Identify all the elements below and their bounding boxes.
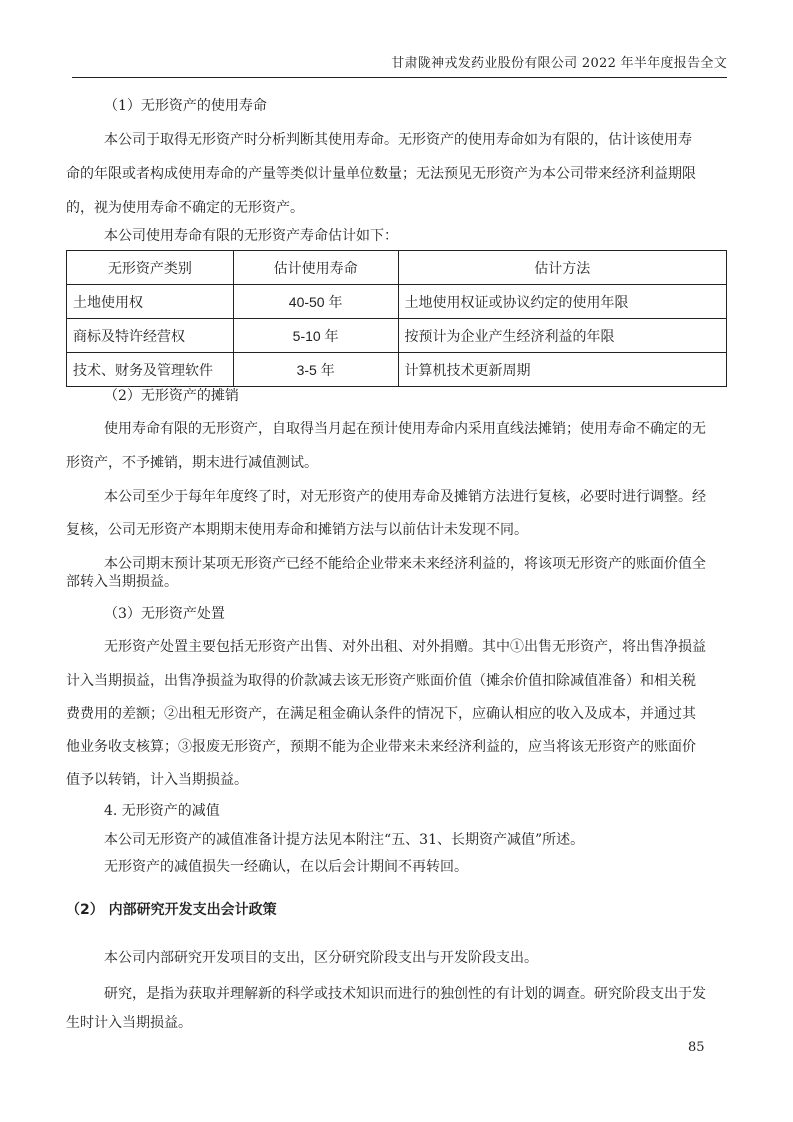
table-row: 商标及特许经营权 5-10 年 按预计为企业产生经济利益的年限: [67, 319, 727, 353]
table-header-cell: 估计方法: [398, 251, 726, 285]
paragraph-line: 本公司内部研究开发项目的支出，区分研究阶段支出与开发阶段支出。: [104, 948, 538, 968]
paragraph-line: 本公司于取得无形资产时分析判断其使用寿命。无形资产的使用寿命如为有限的，估计该使…: [104, 130, 692, 150]
paragraph-line: 生时计入当期损益。: [66, 1013, 192, 1033]
paragraph-line: 无形资产的减值损失一经确认，在以后会计期间不再转回。: [104, 857, 468, 877]
table-row: 土地使用权 40-50 年 土地使用权证或协议约定的使用年限: [67, 285, 727, 319]
paragraph-line: 形资产，不予摊销，期末进行减值测试。: [66, 453, 318, 473]
paragraph-line: 无形资产处置主要包括无形资产出售、对外出租、对外捐赠。其中①出售无形资产，将出售…: [104, 637, 706, 657]
table-cell: 技术、财务及管理软件: [67, 353, 234, 387]
section-heading: （1）无形资产的使用寿命: [104, 96, 267, 116]
paragraph-line: 研究，是指为获取并理解新的科学或技术知识而进行的独创性的有计划的调查。研究阶段支…: [104, 984, 706, 1004]
paragraph-line: 本公司使用寿命有限的无形资产寿命估计如下：: [104, 226, 398, 246]
table-cell: 商标及特许经营权: [67, 319, 234, 353]
paragraph-line: 的，视为使用寿命不确定的无形资产。: [66, 198, 304, 218]
paragraph-line: 部转入当期损益。: [66, 572, 178, 592]
header-rule: [72, 77, 727, 78]
table-header-row: 无形资产类别 估计使用寿命 估计方法: [67, 251, 727, 285]
intangible-asset-life-table: 无形资产类别 估计使用寿命 估计方法 土地使用权 40-50 年 土地使用权证或…: [66, 250, 727, 387]
page-number: 85: [688, 1040, 705, 1055]
paragraph-line: 命的年限或者构成使用寿命的产量等类似计量单位数量；无法预见无形资产为本公司带来经…: [66, 164, 696, 184]
table-cell: 3-5 年: [233, 353, 398, 387]
table-cell: 土地使用权证或协议约定的使用年限: [398, 285, 726, 319]
paragraph-line: 费费用的差额；②出租无形资产，在满足租金确认条件的情况下，应确认相应的收入及成本…: [66, 704, 696, 724]
section-heading: （2）无形资产的摊销: [104, 386, 239, 406]
paragraph-line: 计入当期损益，出售净损益为取得的价款减去该无形资产账面价值（摊余价值扣除减值准备…: [66, 671, 696, 691]
section-heading-bold: （2） 内部研究开发支出会计政策: [66, 900, 277, 920]
paragraph-line: 值予以转销，计入当期损益。: [66, 770, 248, 790]
table-header-cell: 估计使用寿命: [233, 251, 398, 285]
page-header: 甘肃陇神戎发药业股份有限公司 2022 年半年度报告全文: [72, 52, 727, 74]
table-cell: 40-50 年: [233, 285, 398, 319]
paragraph-line: 复核，公司无形资产本期期末使用寿命和摊销方法与以前估计未发现不同。: [66, 520, 528, 540]
paragraph-line: 本公司期末预计某项无形资产已经不能给企业带来未来经济利益的，将该项无形资产的账面…: [104, 554, 706, 574]
paragraph-line: 本公司至少于每年年度终了时，对无形资产的使用寿命及摊销方法进行复核，必要时进行调…: [104, 487, 706, 507]
table-cell: 土地使用权: [67, 285, 234, 319]
paragraph-line: 使用寿命有限的无形资产，自取得当月起在预计使用寿命内采用直线法摊销；使用寿命不确…: [104, 419, 706, 439]
table-row: 技术、财务及管理软件 3-5 年 计算机技术更新周期: [67, 353, 727, 387]
table-cell: 计算机技术更新周期: [398, 353, 726, 387]
paragraph-line: 他业务收支核算；③报废无形资产，预期不能为企业带来未来经济利益的，应当将该无形资…: [66, 737, 696, 757]
table-header-cell: 无形资产类别: [67, 251, 234, 285]
paragraph-line: 本公司无形资产的减值准备计提方法见本附注“五、31、长期资产减值”所述。: [104, 830, 584, 850]
section-heading: （3）无形资产处置: [104, 604, 225, 624]
table-cell: 按预计为企业产生经济利益的年限: [398, 319, 726, 353]
section-heading: 4. 无形资产的减值: [104, 801, 220, 821]
table-cell: 5-10 年: [233, 319, 398, 353]
